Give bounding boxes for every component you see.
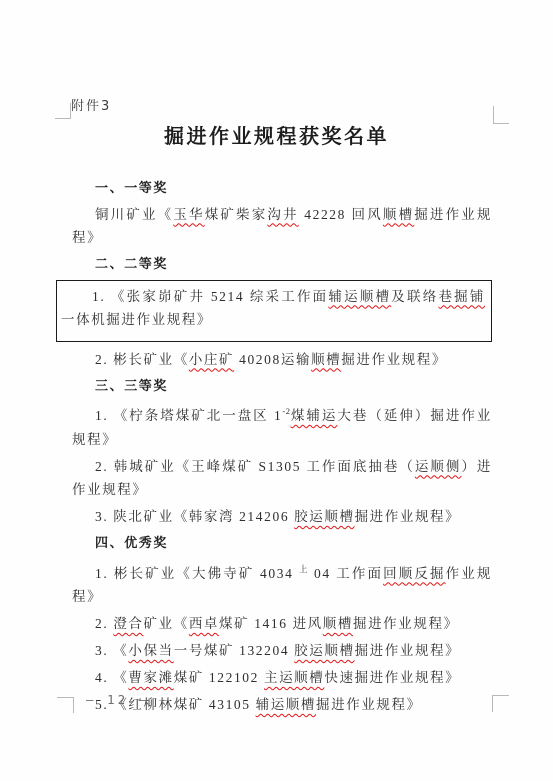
section-heading: 四、优秀奖 [72,532,492,556]
item-text: 1. 《张家峁矿井 5214 综采工作面 [92,289,328,304]
item-text: 3. 《 [95,643,128,658]
item-text: 2. [95,616,113,631]
spellcheck-underlined-text: 西卓 [189,616,219,631]
text-area-corner-mark-top-left [55,103,71,119]
section-heading: 一、一等奖 [72,177,492,201]
item-text: 1. 《柠条塔煤矿北一盘区 1 [95,408,282,423]
item-text: 一体机掘进作业规程》 [61,312,212,327]
spellcheck-underlined-text: 主运顺槽 [264,670,324,685]
spellcheck-underlined-text: 顺槽 [311,352,341,367]
spellcheck-underlined-text: 玉华 [173,207,204,222]
award-item: 2. 彬长矿业《小庄矿 40208运输顺槽掘进作业规程》 [72,348,492,372]
page-number: — 12 — [86,692,149,707]
item-text: 2. 彬长矿业《 [95,352,189,367]
spellcheck-underlined-text: 沟井 [267,207,298,222]
award-item: 4. 《曹家滩煤矿 122102 主运顺槽快速掘进作业规程》 [72,666,492,690]
spellcheck-underlined-text: 胶运顺槽 [294,509,354,524]
item-text: 42228 回风 [299,207,383,222]
spellcheck-underlined-text: 辅运顺槽 [328,289,391,304]
item-text: 一号煤矿 132204 [174,643,294,658]
spellcheck-underlined-text: 回顺反掘 [383,566,446,581]
spellcheck-underlined-text: 曹家滩 [128,670,173,685]
item-text: 矿业《 [144,616,189,631]
award-item: 1. 《柠条塔煤矿北一盘区 1-2煤辅运大巷（延伸）掘进作业规程》 [72,400,492,451]
item-text: 1. 彬长矿业《大佛寺矿 4034 [95,566,299,581]
spellcheck-underlined-text: 顺槽 [323,616,353,631]
item-text: 40208运输 [234,352,311,367]
spellcheck-underlined-text: 运顺侧 [415,459,462,474]
section-heading: 二、二等奖 [72,253,492,277]
item-text: 3. 陕北矿业《韩家湾 214206 [95,509,294,524]
item-text: 铜川矿业《 [95,207,173,222]
award-item: 3. 陕北矿业《韩家湾 214206 胶运顺槽掘进作业规程》 [72,505,492,529]
item-text: 掘进作业规程》 [341,352,447,367]
item-text: 2. 韩城矿业《王峰煤矿 S1305 工作面底抽巷（ [95,459,415,474]
spellcheck-underlined-text: 胶运顺槽 [294,643,354,658]
item-text: 掘进作业规程》 [316,697,422,712]
spellcheck-underlined-text: 顺槽 [383,207,414,222]
item-text: 煤矿 122102 [174,670,264,685]
spellcheck-underlined-text: 巷掘铺 [438,289,485,304]
text-area-corner-mark-bottom-right [492,695,509,712]
award-sections: 一、一等奖铜川矿业《玉华煤矿柴家沟井 42228 回风顺槽掘进作业规程》二、二等… [72,177,492,720]
award-item: 铜川矿业《玉华煤矿柴家沟井 42228 回风顺槽掘进作业规程》 [72,203,492,250]
spellcheck-underlined-text: 小保当 [128,643,173,658]
item-text: 快速掘进作业规程》 [324,670,460,685]
spellcheck-underlined-text: 辅运顺槽 [256,697,316,712]
spellcheck-underlined-text: 澄合 [113,616,143,631]
award-item: 1. 彬长矿业《大佛寺矿 4034 上 04 工作面回顺反掘作业规程》 [72,558,492,609]
award-item: 2. 澄合矿业《西卓煤矿 1416 进风顺槽掘进作业规程》 [72,612,492,636]
spellcheck-underlined-text: 小庄矿 [189,352,234,367]
item-text: 04 工作面 [308,566,383,581]
item-text: 掘进作业规程》 [353,616,459,631]
award-item-boxed: 1. 《张家峁矿井 5214 综采工作面辅运顺槽及联络巷掘铺一体机掘进作业规程》 [56,280,492,342]
page-title: 掘进作业规程获奖名单 [0,120,553,149]
item-text: 及联络 [391,289,438,304]
spellcheck-underlined-text: 煤辅运 [291,408,338,423]
item-text: 掘进作业规程》 [355,509,461,524]
award-item: 3. 《小保当一号煤矿 132204 胶运顺槽掘进作业规程》 [72,639,492,663]
item-text: 4. 《 [95,670,128,685]
section-heading: 三、三等奖 [72,375,492,399]
item-text: 煤矿柴家 [205,207,268,222]
attachment-label: 附件3 [71,95,111,114]
item-text: 掘进作业规程》 [355,643,461,658]
item-text: 煤矿 1416 进风 [219,616,323,631]
superscript-text: -2 [282,406,290,416]
document-page: 附件3 掘进作业规程获奖名单 一、一等奖铜川矿业《玉华煤矿柴家沟井 42228 … [0,0,553,781]
award-item: 2. 韩城矿业《王峰煤矿 S1305 工作面底抽巷（运顺侧）进作业规程》 [72,455,492,502]
